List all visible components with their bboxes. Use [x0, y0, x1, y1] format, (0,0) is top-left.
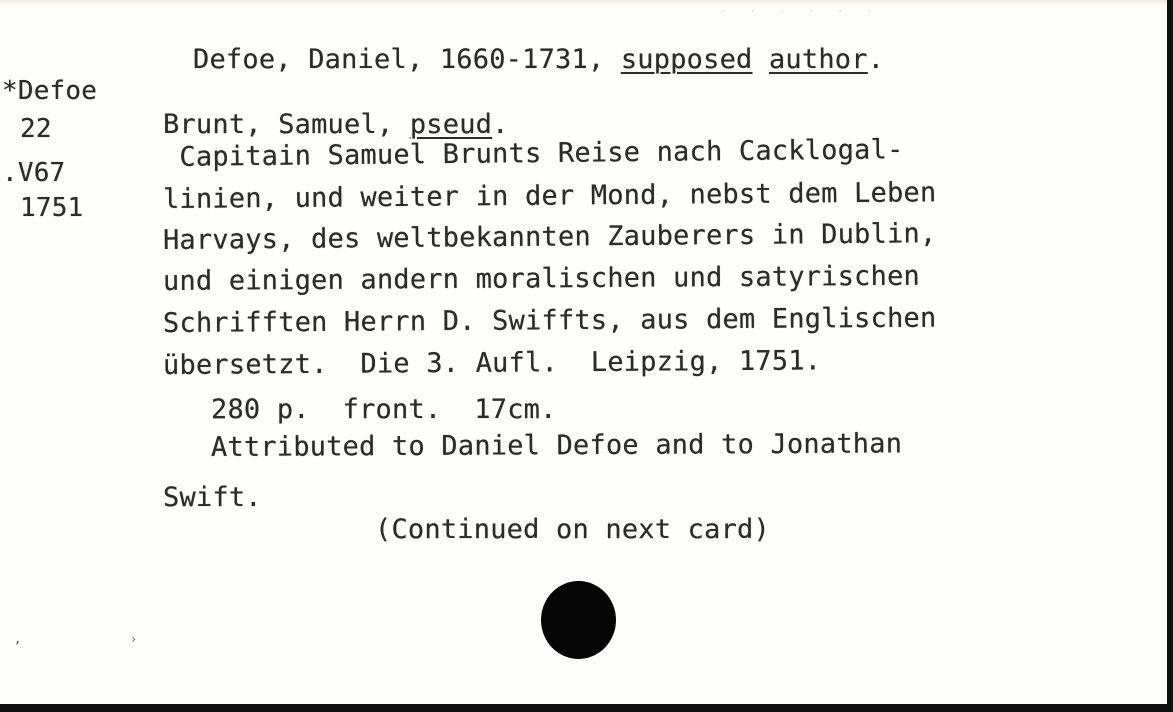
title-line-4: und einigen andern moralischen und satyr…	[163, 262, 920, 297]
card-top-edge	[0, 0, 1167, 6]
continued-notice: (Continued on next card)	[375, 515, 770, 545]
collation: 280 p. front. 17cm.	[211, 395, 557, 425]
ink-mark-right: ›	[130, 632, 137, 646]
heading-space	[753, 44, 769, 75]
faint-bleed-through: · · · · · ·	[720, 5, 881, 18]
title-line-1: Capitain Samuel Brunts Reise nach Cacklo…	[163, 135, 904, 173]
main-entry: Brunt, Samuel, pseud.	[163, 110, 509, 140]
catalog-card: · · · · · · *Defoe 22 .V67 1751 Defoe, D…	[0, 0, 1167, 704]
heading-name: Defoe, Daniel, 1660-1731,	[193, 44, 621, 75]
added-entry-heading: Defoe, Daniel, 1660-1731, supposed autho…	[193, 45, 884, 75]
call-number-line-2: 22	[20, 114, 52, 144]
title-line-5: Schrifften Herrn D. Swiffts, aus dem Eng…	[163, 304, 937, 339]
call-number-line-1: *Defoe	[2, 76, 97, 106]
note-line-1: Attributed to Daniel Defoe and to Jonath…	[211, 429, 902, 463]
main-entry-pseud: pseud	[410, 109, 492, 140]
heading-relator-author: author	[769, 44, 868, 75]
title-line-6: übersetzt. Die 3. Aufl. Leipzig, 1751.	[163, 346, 821, 381]
heading-period: .	[868, 44, 884, 75]
call-number-line-4: 1751	[20, 193, 83, 223]
card-punch-hole	[541, 581, 616, 659]
title-line-2: linien, und weiter in der Mond, nebst de…	[163, 178, 937, 215]
title-line-3: Harvays, des weltbekannten Zauberers in …	[163, 219, 937, 256]
note-line-2: Swift.	[163, 483, 262, 513]
ink-mark-left: ,	[14, 636, 44, 642]
heading-relator-supposed: supposed	[621, 44, 753, 75]
main-entry-name: Brunt, Samuel,	[163, 109, 410, 140]
call-number-line-3: .V67	[2, 158, 65, 188]
main-entry-period: .	[492, 109, 508, 140]
